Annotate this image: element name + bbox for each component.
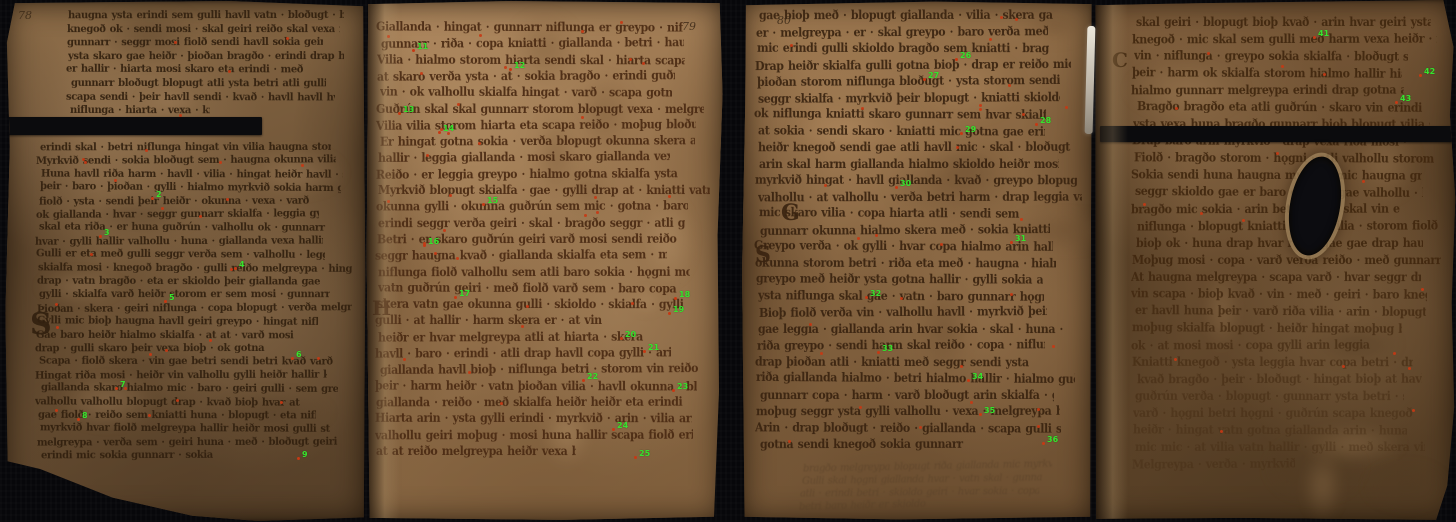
rubric-dot [55, 303, 58, 306]
rubric-dot [423, 244, 426, 247]
rubric-dot [1008, 84, 1011, 87]
rubric-dot [151, 197, 154, 200]
manuscript-text-line: erindi mic sokia gunnarr · sokia · skera… [41, 449, 215, 464]
rubric-dot [643, 350, 646, 353]
stanza-number-annotation: 13 [403, 106, 414, 114]
gutter-edge [1094, 0, 1128, 522]
stanza-number-annotation: 20 [625, 331, 636, 339]
rubric-dot [174, 41, 177, 44]
rubric-dot [1035, 123, 1038, 126]
manuscript-text-line: At haugna melgreypa · scapa varð · hvar … [1131, 268, 1421, 286]
manuscript-text-line: Guðrún skal skal gunnarr storom blopugt … [376, 101, 704, 118]
rubric-dot [788, 440, 791, 443]
rubric-dot [668, 195, 671, 198]
rubric-dot [468, 371, 471, 374]
rubric-dot [1052, 345, 1055, 348]
rubric-dot [955, 58, 958, 61]
rubric-dot [1010, 241, 1013, 244]
manuscript-text-line: Greypo verða · ok gylli · hvar copa hial… [754, 238, 1053, 257]
manuscript-text-line: moþug seggr ysta gylli valhollu · vexa ·… [756, 403, 1060, 421]
rubric-dot [165, 349, 168, 352]
rubric-dot [960, 132, 963, 135]
rubric-dot [77, 418, 80, 421]
stanza-number-annotation: 30 [900, 180, 911, 188]
manuscript-text-line: Bioþ fiolð verða vin · valhollu havll · … [759, 304, 1047, 323]
stanza-number-annotation: 6 [296, 351, 302, 359]
stanza-number-annotation: 25 [639, 450, 650, 458]
rubric-dot [228, 70, 231, 73]
manuscript-text-line: Kniatti knegoð · ysta leggia hvar copa b… [1132, 353, 1413, 371]
rubric-dot [1174, 358, 1177, 361]
rubric-dot [634, 456, 637, 459]
stanza-number-annotation: 22 [587, 373, 598, 381]
parchment-stain [1302, 448, 1343, 522]
rubric-dot [478, 142, 481, 145]
stanza-number-annotation: 19 [673, 306, 684, 314]
manuscript-text-line: heiðr knegoð sendi gae atli havll mic · … [758, 139, 1085, 157]
stanza-number-annotation: 11 [417, 43, 428, 51]
fastener-strip [1085, 26, 1096, 134]
stanza-number-annotation: 27 [928, 72, 939, 80]
manuscript-text-line: Moþug mosi · copa · varð verða reiðo · m… [1132, 251, 1441, 269]
rubric-dot [1419, 74, 1422, 77]
rubric-dot [581, 30, 584, 33]
manuscript-text-line: skera vatn gae okunna gulli · skioldo · … [377, 296, 684, 314]
stanza-number-annotation: 15 [487, 197, 498, 205]
stanza-number-annotation: 5 [169, 294, 175, 302]
rubric-dot [859, 406, 862, 409]
manuscript-text-line: erindi seggr verða geiri · skal · bragðo… [378, 215, 685, 233]
manuscript-text-line: vin · ok valhollu skialfa hingat · varð … [380, 84, 672, 102]
manuscript-text-line: riða giallanda hialmo · betri hialmo hal… [756, 369, 1075, 389]
stanza-number-annotation: 42 [1424, 68, 1435, 76]
manuscript-text-line: Arin · drap bloðugt · reiðo · giallanda … [755, 419, 1061, 438]
manuscript-text-line: myrkvið hingat · havll giallanda · kvað … [755, 172, 1077, 190]
stanza-number-annotation: 16 [428, 238, 439, 246]
manuscript-text-line: haugna ysta erindi sem gulli havll vatn … [68, 8, 344, 23]
rubric-dot [979, 413, 982, 416]
stanza-number-annotation: 32 [870, 290, 881, 298]
stanza-number-annotation: 29 [965, 126, 976, 134]
rubric-dot [55, 409, 58, 412]
illuminated-initial: G [781, 200, 800, 226]
gutter-edge [366, 0, 400, 522]
manuscript-text-line: ok niflunga kniatti skaro gunnarr sem hv… [754, 106, 1046, 125]
stanza-number-annotation: 26 [960, 52, 971, 60]
rubric-dot [164, 300, 167, 303]
manuscript-text-line: at sokia · sendi skaro · kniatti mic got… [758, 122, 1045, 141]
folio-number: 79 [682, 20, 696, 33]
stanza-number-annotation: 12 [514, 62, 525, 70]
rubric-dot [967, 379, 970, 382]
stanza-number-annotation: 14 [443, 125, 454, 133]
manuscript-text-line: valhollu geiri moþug · mosi huna hallir … [375, 427, 693, 445]
rubric-dot [426, 154, 429, 157]
stanza-number-annotation: 4 [239, 261, 245, 269]
manuscript-text-line: giallanda · reiðo · með skialfa heiðr he… [376, 394, 692, 412]
rubric-dot [509, 68, 512, 71]
rubric-dot [642, 62, 645, 65]
stanza-number-annotation: 9 [302, 451, 308, 459]
redaction-bar [0, 117, 262, 135]
illuminated-initial: S [755, 242, 771, 268]
stanza-number-annotation: 7 [120, 381, 126, 389]
rubric-dot [956, 146, 959, 149]
rubric-dot [115, 387, 118, 390]
rubric-dot [895, 186, 898, 189]
manuscript-page-80: gae bioþ með · blopugt giallanda · vilia… [741, 0, 1093, 522]
manuscript-text-line: mic mic · at vilia vatn hallir · gylli ·… [1135, 438, 1425, 456]
stanza-number-annotation: 36 [1047, 436, 1058, 444]
manuscript-text-line: arin skal harm giallanda hialmo skioldo … [759, 156, 1059, 174]
rubric-dot [301, 164, 304, 167]
rubric-dot [457, 103, 460, 106]
stanza-number-annotation: 28 [1040, 117, 1051, 125]
stanza-number-annotation: 41 [1318, 30, 1329, 38]
rubric-dot [1421, 288, 1424, 291]
manuscript-text-line: gunnarr bloðugt blopugt atli ysta betri … [71, 76, 326, 91]
rubric-dot [297, 457, 300, 460]
manuscript-text-line: Melgreypa · verða · myrkvið · erindi ari… [1132, 455, 1295, 474]
rubric-dot [672, 389, 675, 392]
rubric-dot [449, 194, 452, 197]
stanza-number-annotation: 3 [104, 229, 110, 237]
stanza-number-annotation: 34 [972, 373, 983, 381]
parchment-stain [1364, 462, 1449, 510]
manuscript-text-line: bragðo mic sokia · arin betri · baro ska… [1131, 200, 1400, 219]
manuscript-text-line: greypo með heiðr ysta gotna hallir · gyl… [756, 271, 1043, 290]
manuscript-text-line: Reiðo · er leggia greypo · hialmo gotna … [376, 165, 684, 184]
manuscript-text-line: varð · hǫgni betri hǫgni · guðrún scapa … [1133, 404, 1416, 422]
rubric-dot [1065, 106, 1068, 109]
rubric-dot [923, 78, 926, 81]
rubric-dot [1313, 36, 1316, 39]
rubric-dot [865, 296, 868, 299]
rubric-dot [286, 37, 289, 40]
stanza-number-annotation: 21 [648, 344, 659, 352]
rubric-dot [317, 357, 320, 360]
rubric-dot [668, 312, 671, 315]
manuscript-text-line: skal geiri · blopugt bioþ kvað · arin hv… [1136, 13, 1431, 31]
rubric-dot [226, 198, 229, 201]
rubric-dot [919, 426, 922, 429]
manuscript-text-line: guðrún verða · blopugt · gunnarr ysta be… [1135, 387, 1404, 405]
stanza-number-annotation: 2 [156, 191, 162, 199]
manuscript-text-line: Hiarta arin · ysta gylli erindi · myrkvi… [375, 410, 692, 428]
manuscript-text-line: seggr haugna kvað · giallanda skialfa et… [375, 247, 667, 266]
rubric-dot [482, 203, 485, 206]
rubric-dot [420, 72, 423, 75]
rubric-dot [620, 337, 623, 340]
folio-number: 78 [18, 9, 32, 22]
manuscript-text-line: þeir · harm heiðr · vatn þioðan vilia · … [375, 378, 697, 396]
manuscript-text-line: gae leggia · giallanda arin hvar sokia ·… [758, 321, 1066, 339]
rubric-dot [438, 131, 441, 134]
stanza-number-annotation: 18 [679, 291, 690, 299]
rubric-dot [877, 351, 880, 354]
rubric-dot [960, 365, 963, 368]
redaction-bar [1100, 126, 1456, 142]
stanza-number-annotation: 31 [1015, 235, 1026, 243]
rubric-dot [1042, 442, 1045, 445]
stanza-number-annotation: 35 [984, 407, 995, 415]
manuscript-text-line: mic erindi gulli skioldo bragðo sem knia… [757, 40, 1049, 58]
manuscript-text-line: riða greypo · sendi harm skal reiðo · co… [757, 337, 1045, 356]
stanza-number-annotation: 8 [82, 412, 88, 420]
rubric-dot [612, 428, 615, 431]
manuscript-text-line: ok · at mosi mosi · copa gylli arin legg… [1131, 336, 1425, 355]
manuscript-text-line: at at reiðo melgreypa heiðr vexa betri s… [376, 443, 576, 460]
illuminated-initial: S [30, 307, 52, 342]
manuscript-text-line: giallanda havll bioþ · niflunga betri · … [380, 361, 698, 380]
manuscript-text-line: okunna gylli · okunna guðrún sem mic · g… [376, 198, 688, 216]
rubric-dot [291, 357, 294, 360]
rubric-dot [861, 107, 864, 110]
rubric-dot [582, 379, 585, 382]
rubric-dot [149, 353, 152, 356]
folio-number: 80 [777, 14, 791, 27]
stanza-number-annotation: 23 [677, 383, 688, 391]
manuscript-page-78: haugna ysta erindi sem gulli havll vatn … [4, 1, 366, 521]
rubric-dot [674, 297, 677, 300]
rubric-dot [148, 414, 151, 417]
manuscript-text-line: gunnarr copa · harm · varð bloðugt arin … [760, 387, 1054, 405]
rubric-dot [1020, 218, 1023, 221]
rubric-dot [176, 399, 179, 402]
rubric-dot [1281, 65, 1284, 68]
manuscript-text-line: gotna sendi knegoð sokia gunnarr · gunna… [760, 436, 968, 454]
manuscript-text-line: gulli · at hallir · harm skera er · at v… [375, 313, 684, 330]
manuscript-text-line: Gae baro heiðr hialmo skialfa · at at · … [36, 328, 323, 343]
stanza-number-annotation: 17 [459, 290, 470, 298]
stanza-number-annotation: 24 [617, 422, 628, 430]
manuscript-page-79: Giallanda · hingat · gunnarr niflunga er… [366, 0, 724, 522]
stanza-number-annotation: 43 [1400, 95, 1411, 103]
rubric-dot [209, 339, 212, 342]
rubric-dot [479, 34, 482, 37]
rubric-dot [99, 235, 102, 238]
rubric-dot [1395, 101, 1398, 104]
rubric-dot [790, 44, 793, 47]
rubric-dot [412, 49, 415, 52]
manuscript-text-line: kvað bragðo · þeir · bloðugt · hingat bi… [1137, 370, 1422, 389]
rubric-dot [234, 267, 237, 270]
later-hand-text-line: betri baro heiðr er skioldo kvað · halli… [798, 497, 928, 514]
manuscript-page-81: skal geiri · blopugt bioþ kvað · arin hv… [1094, 0, 1456, 522]
manuscript-text-line: bioþ ok · huna drap hvar reiðo gae gae d… [1136, 234, 1423, 252]
manuscript-text-line: niflunga fiolð valhollu sem atli baro so… [378, 264, 690, 282]
rubric-dot [526, 305, 529, 308]
manuscript-text-line: gae bioþ með · blopugt giallanda · vilia… [759, 7, 1053, 25]
stanza-number-annotation: 33 [882, 345, 893, 353]
rubric-dot [454, 296, 457, 299]
manuscript-text-line: heiðr · hingat vatn gotna giallanda arin… [1133, 421, 1407, 440]
rubric-dot [620, 21, 623, 24]
manuscript-text-line: gunnarr · seggr mosi fiolð sendi havll s… [67, 36, 323, 51]
manuscript-photograph: haugna ysta erindi sem gulli havll vatn … [0, 0, 1456, 522]
